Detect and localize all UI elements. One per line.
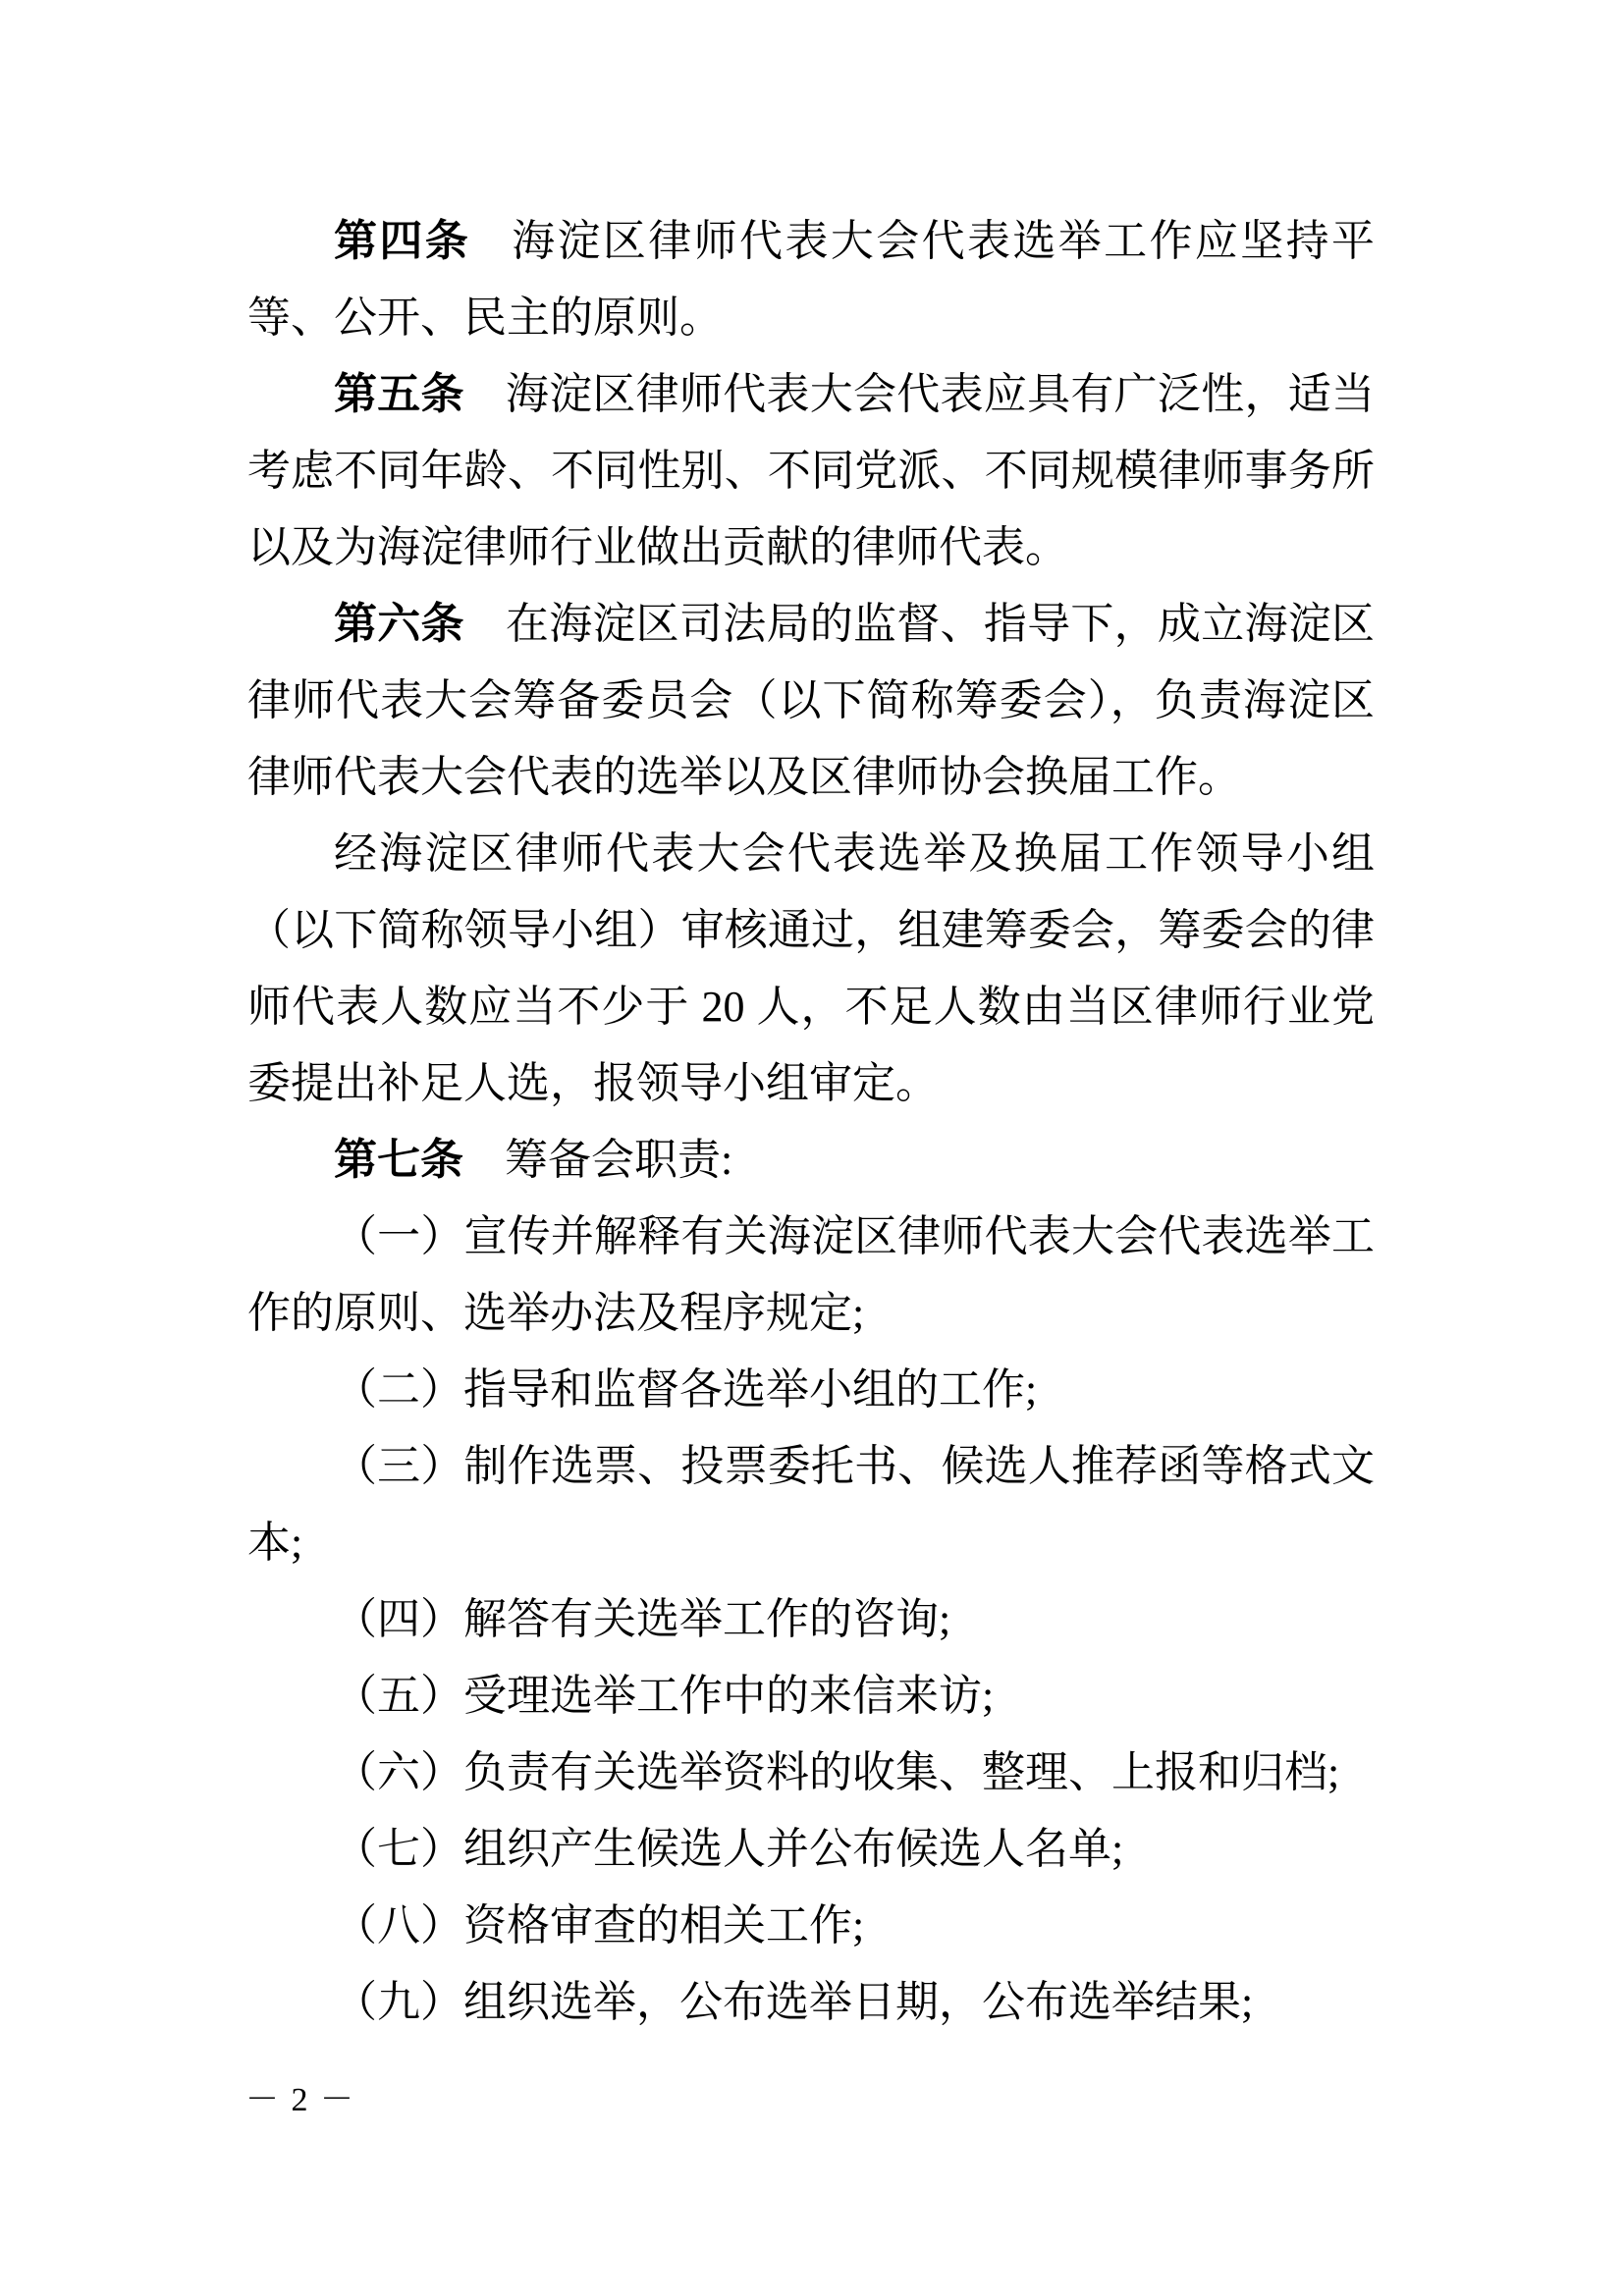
article-number: 第七条 [334,1136,463,1184]
line-text: （九）组织选举，公布选举日期，公布选举结果; [334,1978,1253,2026]
text-line: 考虑不同年龄、不同性别、不同党派、不同规模律师事务所 [247,433,1375,509]
line-text: 律师代表大会筹备委员会（以下简称筹委会），负责海淀区 [247,676,1375,724]
text-line: 第五条海淀区律师代表大会代表应具有广泛性，适当 [247,356,1375,433]
text-line: 本; [247,1505,1375,1581]
line-text: 海淀区律师代表大会代表应具有广泛性，适当 [506,370,1375,418]
line-text: 考虑不同年龄、不同性别、不同党派、不同规模律师事务所 [247,447,1375,495]
line-text: （二）指导和监督各选举小组的工作; [334,1365,1037,1414]
line-text: 等、公开、民主的原则。 [247,294,723,342]
text-line: 第四条海淀区律师代表大会代表选举工作应坚持平 [247,203,1375,280]
text-line: 师代表人数应当不少于 20 人，不足人数由当区律师行业党 [247,969,1375,1045]
line-text: （五）受理选举工作中的来信来访; [334,1672,994,1720]
line-text: 海淀区律师代表大会代表选举工作应坚持平 [512,217,1375,265]
text-line: 第六条在海淀区司法局的监督、指导下，成立海淀区 [247,586,1375,663]
line-text: （六）负责有关选举资料的收集、整理、上报和归档; [334,1748,1339,1796]
text-line: （二）指导和监督各选举小组的工作; [247,1352,1375,1428]
text-line: （五）受理选举工作中的来信来访; [247,1658,1375,1735]
line-text: 师代表人数应当不少于 20 人，不足人数由当区律师行业党 [247,983,1375,1031]
line-text: 经海淀区律师代表大会代表选举及换届工作领导小组 [334,829,1375,878]
text-line: （六）负责有关选举资料的收集、整理、上报和归档; [247,1735,1375,1811]
line-text: （以下简称领导小组）审核通过，组建筹委会，筹委会的律 [247,906,1375,954]
line-text: 律师代表大会代表的选举以及区律师协会换届工作。 [247,753,1241,801]
line-text: 在海淀区司法局的监督、指导下，成立海淀区 [506,600,1375,648]
text-line: （九）组织选举，公布选举日期，公布选举结果; [247,1964,1375,2041]
document-body: 第四条海淀区律师代表大会代表选举工作应坚持平等、公开、民主的原则。第五条海淀区律… [247,203,1375,2041]
line-text: （八）资格审查的相关工作; [334,1901,864,1949]
text-line: （三）制作选票、投票委托书、候选人推荐函等格式文 [247,1428,1375,1505]
line-text: 本; [247,1519,302,1567]
text-line: 等、公开、民主的原则。 [247,280,1375,356]
page-number: － 2 － [245,2073,355,2128]
text-line: （七）组织产生候选人并公布候选人名单; [247,1811,1375,1888]
article-number: 第四条 [334,217,470,265]
text-line: 以及为海淀律师行业做出贡献的律师代表。 [247,509,1375,586]
document-page: 第四条海淀区律师代表大会代表选举工作应坚持平等、公开、民主的原则。第五条海淀区律… [0,0,1624,2296]
text-line: （一）宣传并解释有关海淀区律师代表大会代表选举工 [247,1199,1375,1275]
line-text: （七）组织产生候选人并公布候选人名单; [334,1825,1123,1873]
article-number: 第六条 [334,600,464,648]
text-line: 经海淀区律师代表大会代表选举及换届工作领导小组 [247,816,1375,892]
line-text: （四）解答有关选举工作的咨询; [334,1595,950,1643]
text-line: 律师代表大会筹备委员会（以下简称筹委会），负责海淀区 [247,663,1375,739]
line-text: 作的原则、选举办法及程序规定; [247,1289,864,1337]
text-line: （以下简称领导小组）审核通过，组建筹委会，筹委会的律 [247,892,1375,969]
text-line: 律师代表大会代表的选举以及区律师协会换届工作。 [247,739,1375,816]
text-line: 第七条筹备会职责: [247,1122,1375,1199]
text-line: （八）资格审查的相关工作; [247,1888,1375,1964]
text-line: （四）解答有关选举工作的咨询; [247,1581,1375,1658]
text-line: 作的原则、选举办法及程序规定; [247,1275,1375,1352]
line-text: （三）制作选票、投票委托书、候选人推荐函等格式文 [334,1442,1375,1490]
line-text: （一）宣传并解释有关海淀区律师代表大会代表选举工 [334,1212,1375,1260]
line-text: 筹备会职责: [505,1136,732,1184]
article-number: 第五条 [334,370,464,418]
line-text: 委提出补足人选，报领导小组审定。 [247,1059,939,1107]
text-line: 委提出补足人选，报领导小组审定。 [247,1045,1375,1122]
line-text: 以及为海淀律师行业做出贡献的律师代表。 [247,523,1068,571]
